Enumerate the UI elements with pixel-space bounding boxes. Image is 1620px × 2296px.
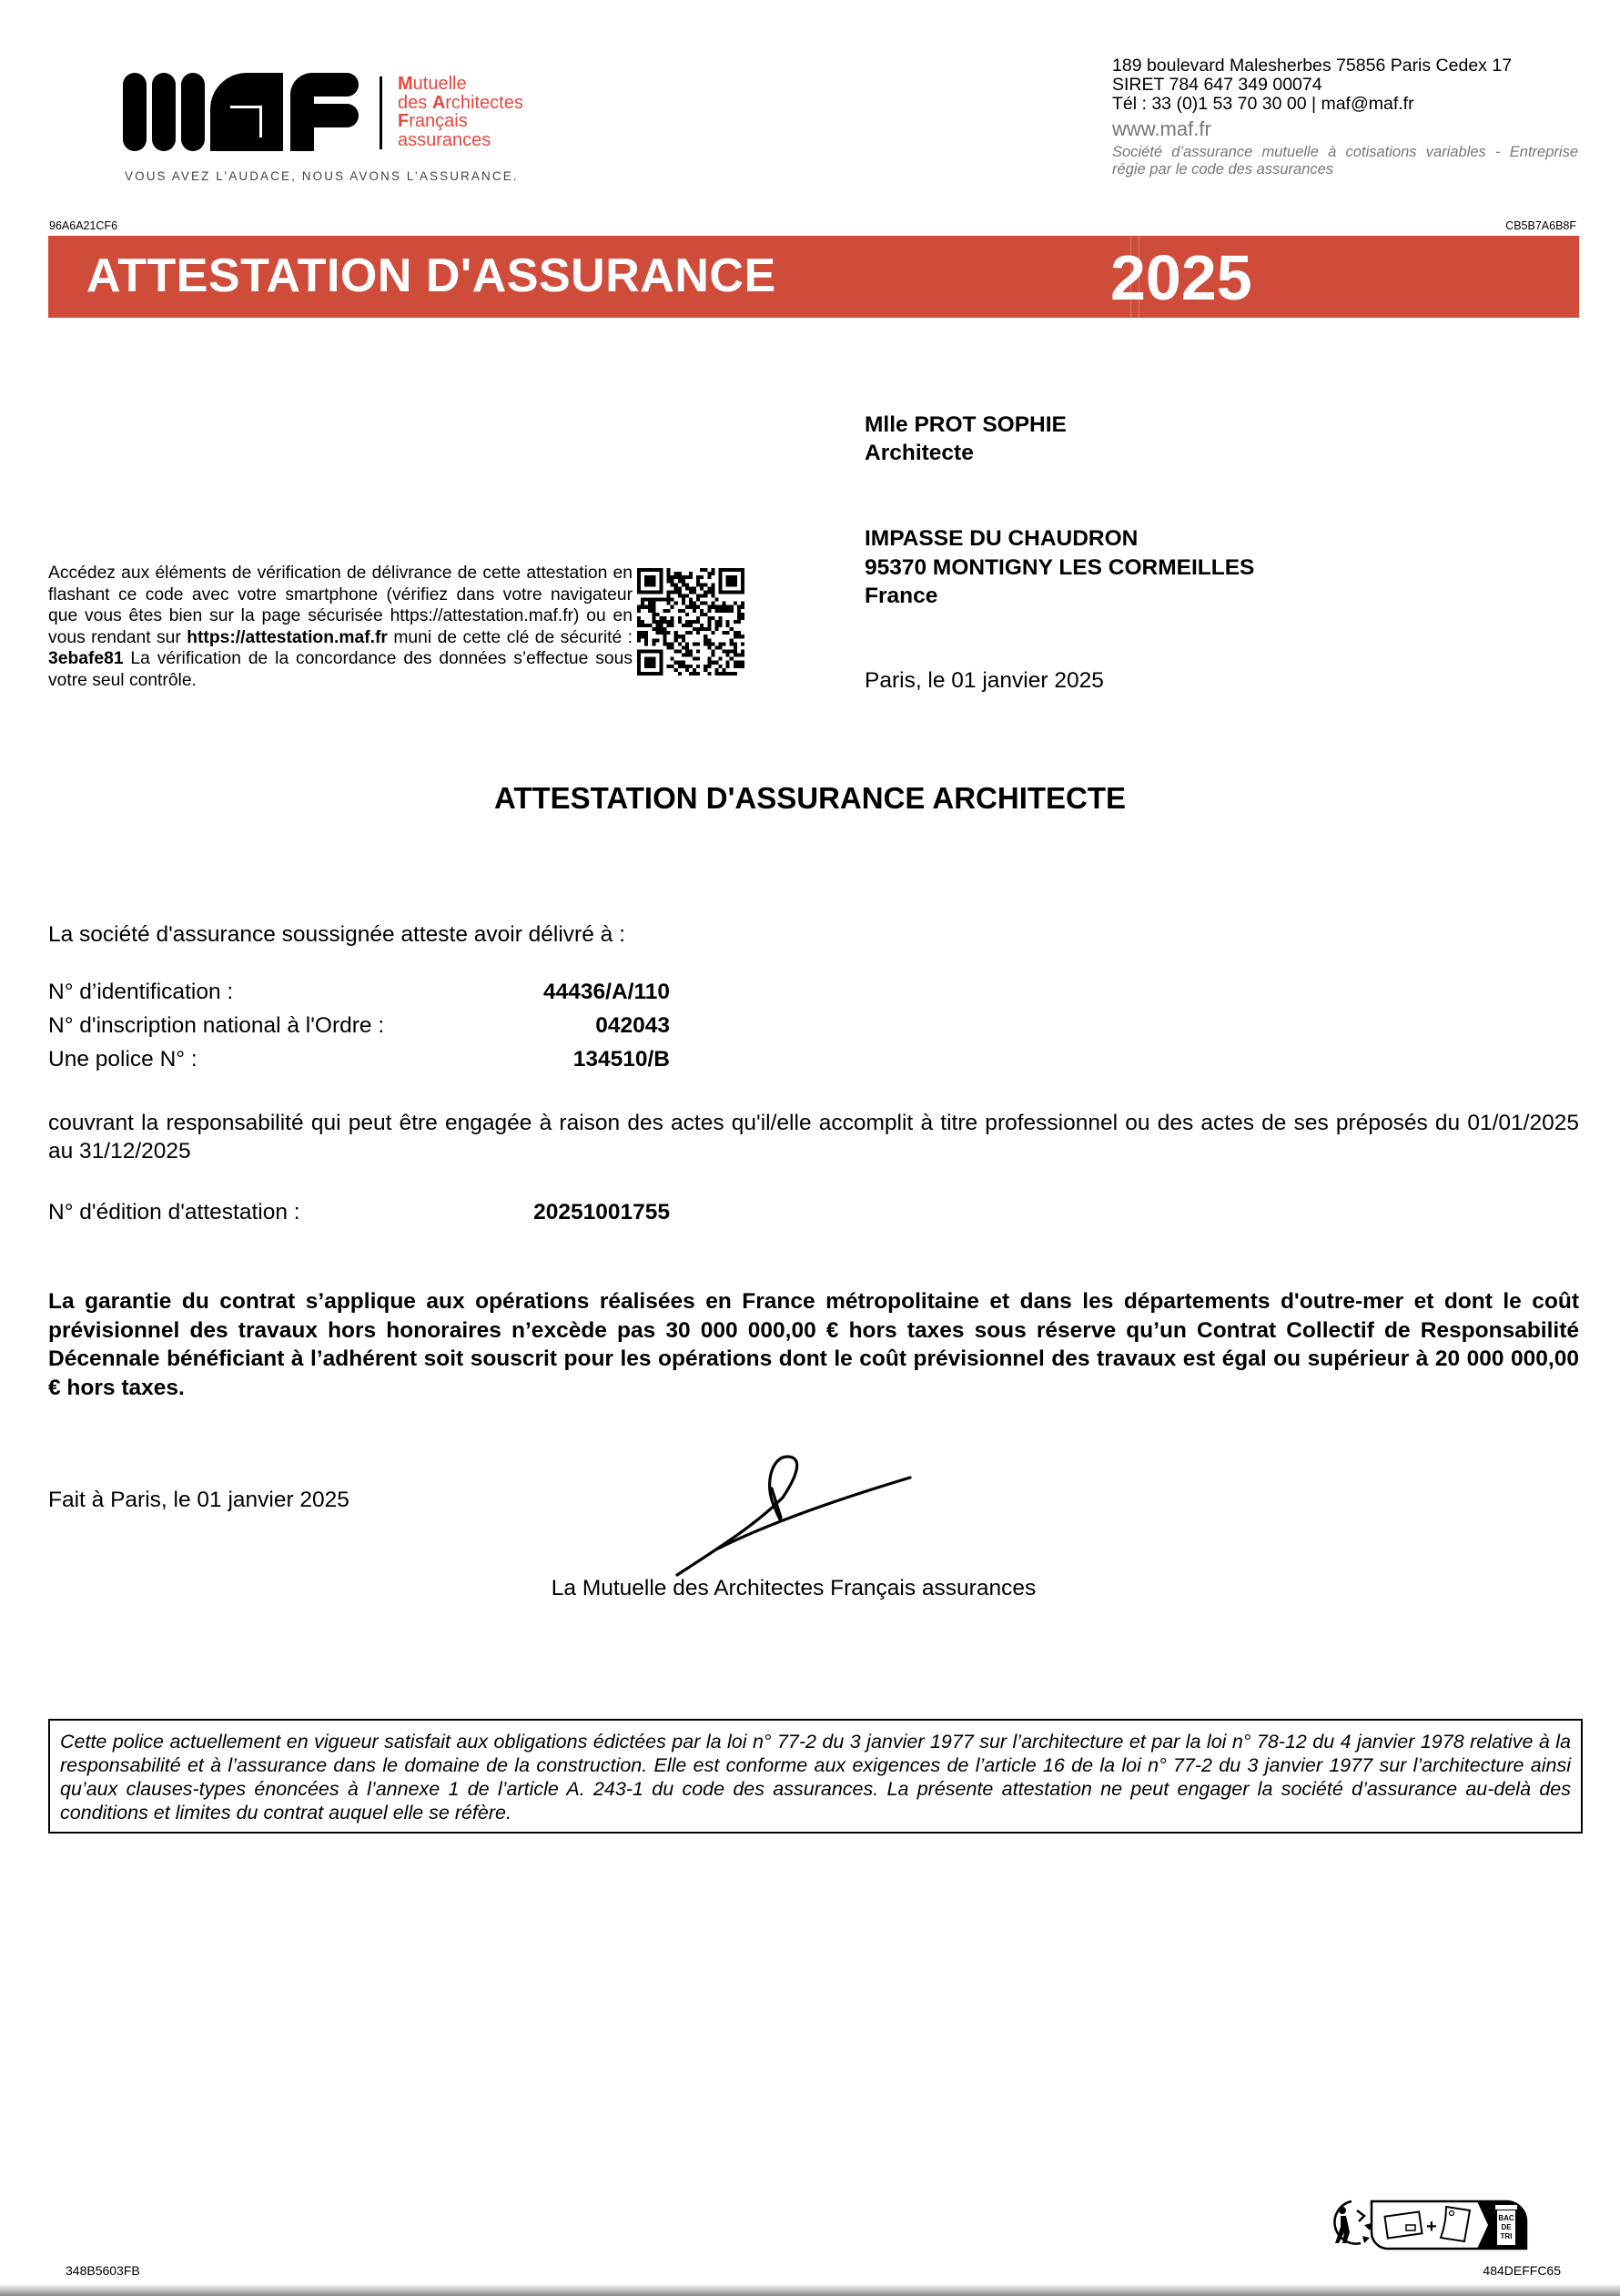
legal-notice-box: Cette police actuellement en vigueur sat… (48, 1719, 1583, 1834)
guarantee-text: La garantie du contrat s’applique aux op… (48, 1287, 1579, 1402)
field-value-edition-number: 20251001755 (533, 1200, 670, 1225)
address-country: France (865, 582, 1254, 611)
triman-recycling-icon: + BAC DE TRI (1324, 2196, 1544, 2254)
verification-instructions: Accédez aux éléments de vérification de … (48, 563, 633, 691)
recipient-block: Mlle PROT SOPHIE Architecte (865, 411, 1067, 467)
field-label-edition-number: N° d'édition d'attestation : (48, 1200, 300, 1225)
company-siret: SIRET 784 647 349 00074 (1112, 76, 1578, 95)
field-value-identification: 44436/A/110 (543, 980, 670, 1005)
reference-code-top-left: 96A6A21CF6 (49, 219, 117, 232)
signature-icon (664, 1452, 919, 1580)
logo-separator (380, 76, 382, 149)
field-label-identification: N° d’identification : (48, 980, 233, 1005)
field-value-order-registration: 042043 (595, 1013, 670, 1039)
company-phone-email: Tél : 33 (0)1 53 70 30 00 | maf@maf.fr (1112, 95, 1578, 114)
intro-text: La société d'assurance soussignée attest… (48, 922, 625, 948)
qr-code-icon[interactable] (637, 568, 744, 676)
svg-text:TRI: TRI (1501, 2232, 1513, 2240)
title-banner: ATTESTATION D'ASSURANCE 2025 (48, 236, 1579, 318)
company-legal-status: Société d’assurance mutuelle à cotisatio… (1112, 144, 1578, 178)
verification-url[interactable]: https://attestation.maf.fr (187, 628, 388, 647)
place-date: Paris, le 01 janvier 2025 (865, 668, 1104, 694)
svg-text:DE: DE (1501, 2223, 1512, 2231)
document-title: ATTESTATION D'ASSURANCE ARCHITECTE (0, 781, 1620, 816)
field-label-order-registration: N° d'inscription national à l'Ordre : (48, 1013, 384, 1039)
recipient-profession: Architecte (865, 439, 1067, 467)
maf-logo-mark-icon (123, 73, 359, 151)
reference-code-bottom-right: 484DEFFC65 (1483, 2263, 1561, 2278)
security-key: 3ebafe81 (48, 649, 124, 668)
banner-year: 2025 (1110, 241, 1252, 314)
field-label-policy-number: Une police N° : (48, 1047, 197, 1072)
svg-text:+: + (1426, 2217, 1437, 2237)
maf-logo: Mutuelle des Architectes Français assura… (123, 73, 542, 182)
coverage-text: couvrant la responsabilité qui peut être… (48, 1109, 1579, 1165)
company-website: www.maf.fr (1112, 119, 1578, 138)
address-city: 95370 MONTIGNY LES CORMEILLES (865, 554, 1254, 583)
recipient-address: IMPASSE DU CHAUDRON 95370 MONTIGNY LES C… (865, 524, 1254, 611)
banner-title: ATTESTATION D'ASSURANCE (86, 249, 776, 303)
page-bottom-edge (0, 2285, 1620, 2296)
company-contact: 189 boulevard Malesherbes 75856 Paris Ce… (1112, 56, 1578, 178)
address-street: IMPASSE DU CHAUDRON (865, 524, 1254, 554)
signature-place-date: Fait à Paris, le 01 janvier 2025 (48, 1488, 349, 1513)
reference-code-top-right: CB5B7A6B8F (1505, 219, 1576, 232)
logo-wordmark: Mutuelle des Architectes Français assura… (398, 75, 523, 149)
field-value-policy-number: 134510/B (573, 1047, 670, 1072)
signature-organization: La Mutuelle des Architectes Français ass… (0, 1576, 1587, 1601)
svg-text:BAC: BAC (1498, 2214, 1514, 2222)
reference-code-bottom-left: 348B5603FB (66, 2263, 140, 2278)
recipient-name: Mlle PROT SOPHIE (865, 411, 1067, 439)
logo-tagline: VOUS AVEZ L’AUDACE, NOUS AVONS L’ASSURAN… (125, 169, 519, 183)
company-address: 189 boulevard Malesherbes 75856 Paris Ce… (1112, 56, 1578, 76)
